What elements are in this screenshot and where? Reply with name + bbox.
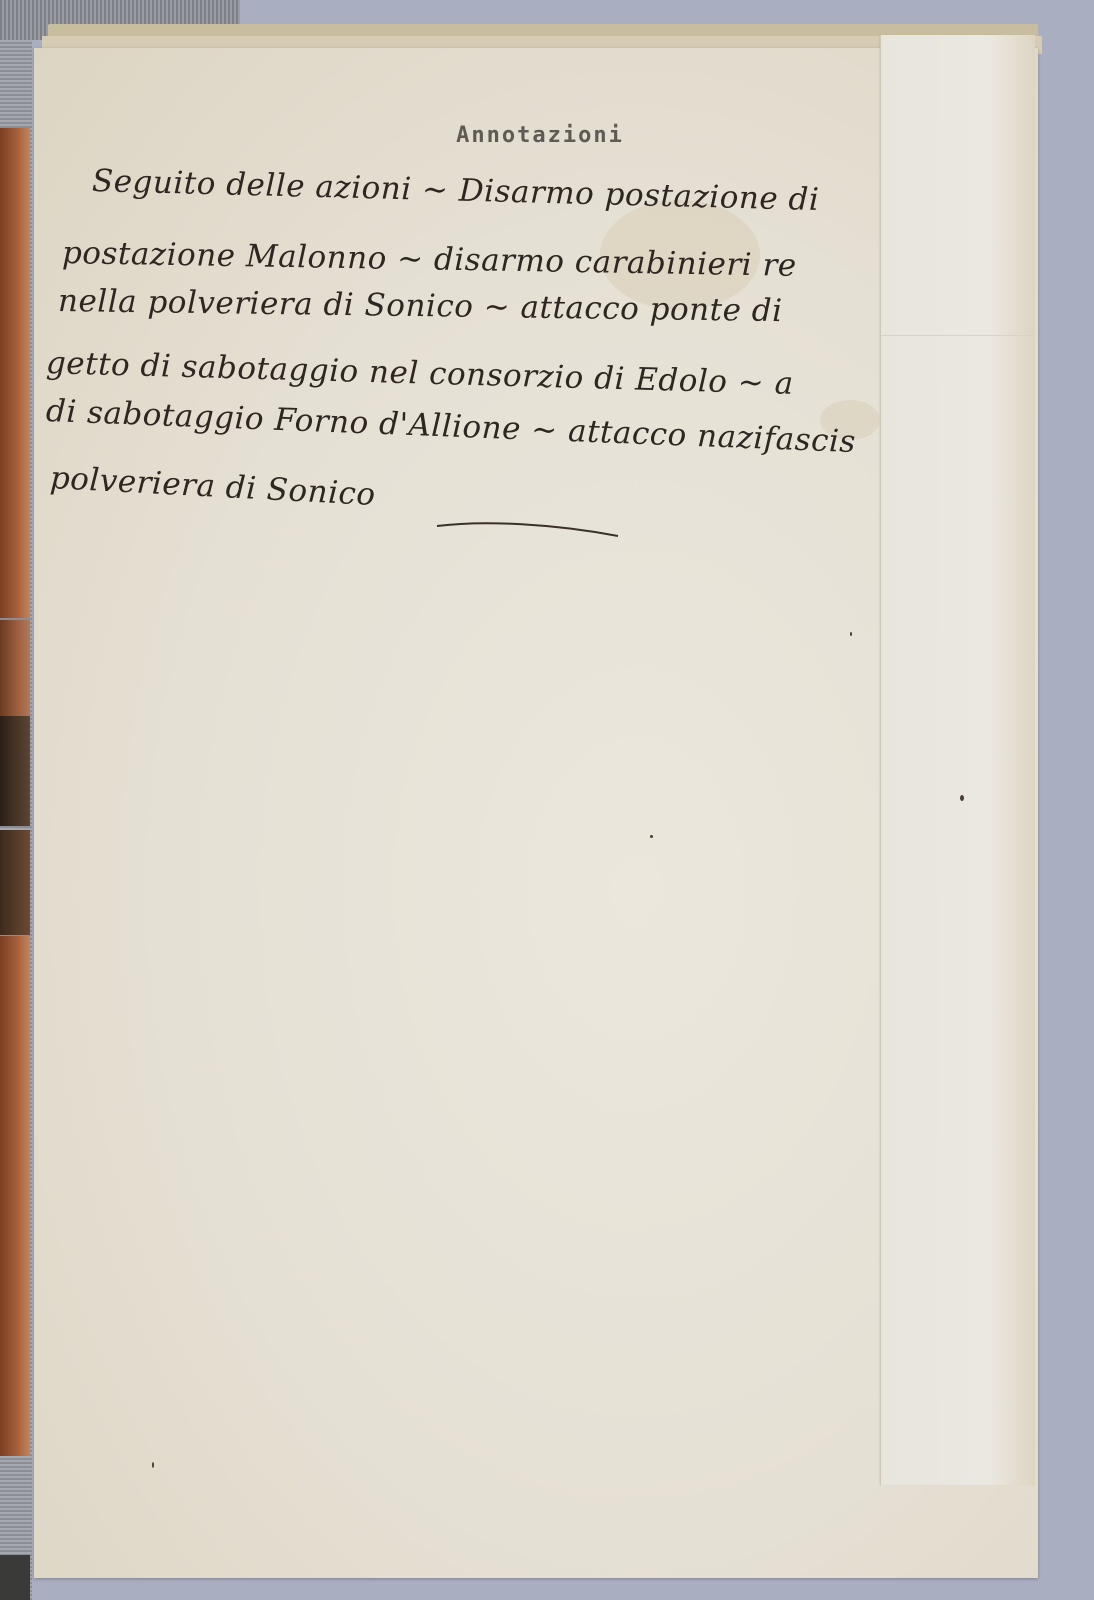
show-through-text — [939, 655, 974, 669]
binding-strip — [0, 936, 30, 1456]
paper-speck — [650, 835, 653, 838]
binding-strip — [0, 1555, 30, 1600]
binding-strip — [0, 128, 30, 618]
paper-speck — [152, 1462, 154, 1468]
folded-tab — [880, 35, 1035, 1485]
fold-line — [881, 335, 1035, 336]
page-heading: Annotazioni — [400, 123, 680, 148]
paper-speck — [850, 632, 852, 636]
paper-speck — [960, 795, 964, 801]
binding-strip — [0, 716, 30, 826]
closing-stroke — [435, 520, 620, 540]
binding-strip — [0, 830, 30, 935]
binding-strip — [0, 620, 30, 716]
